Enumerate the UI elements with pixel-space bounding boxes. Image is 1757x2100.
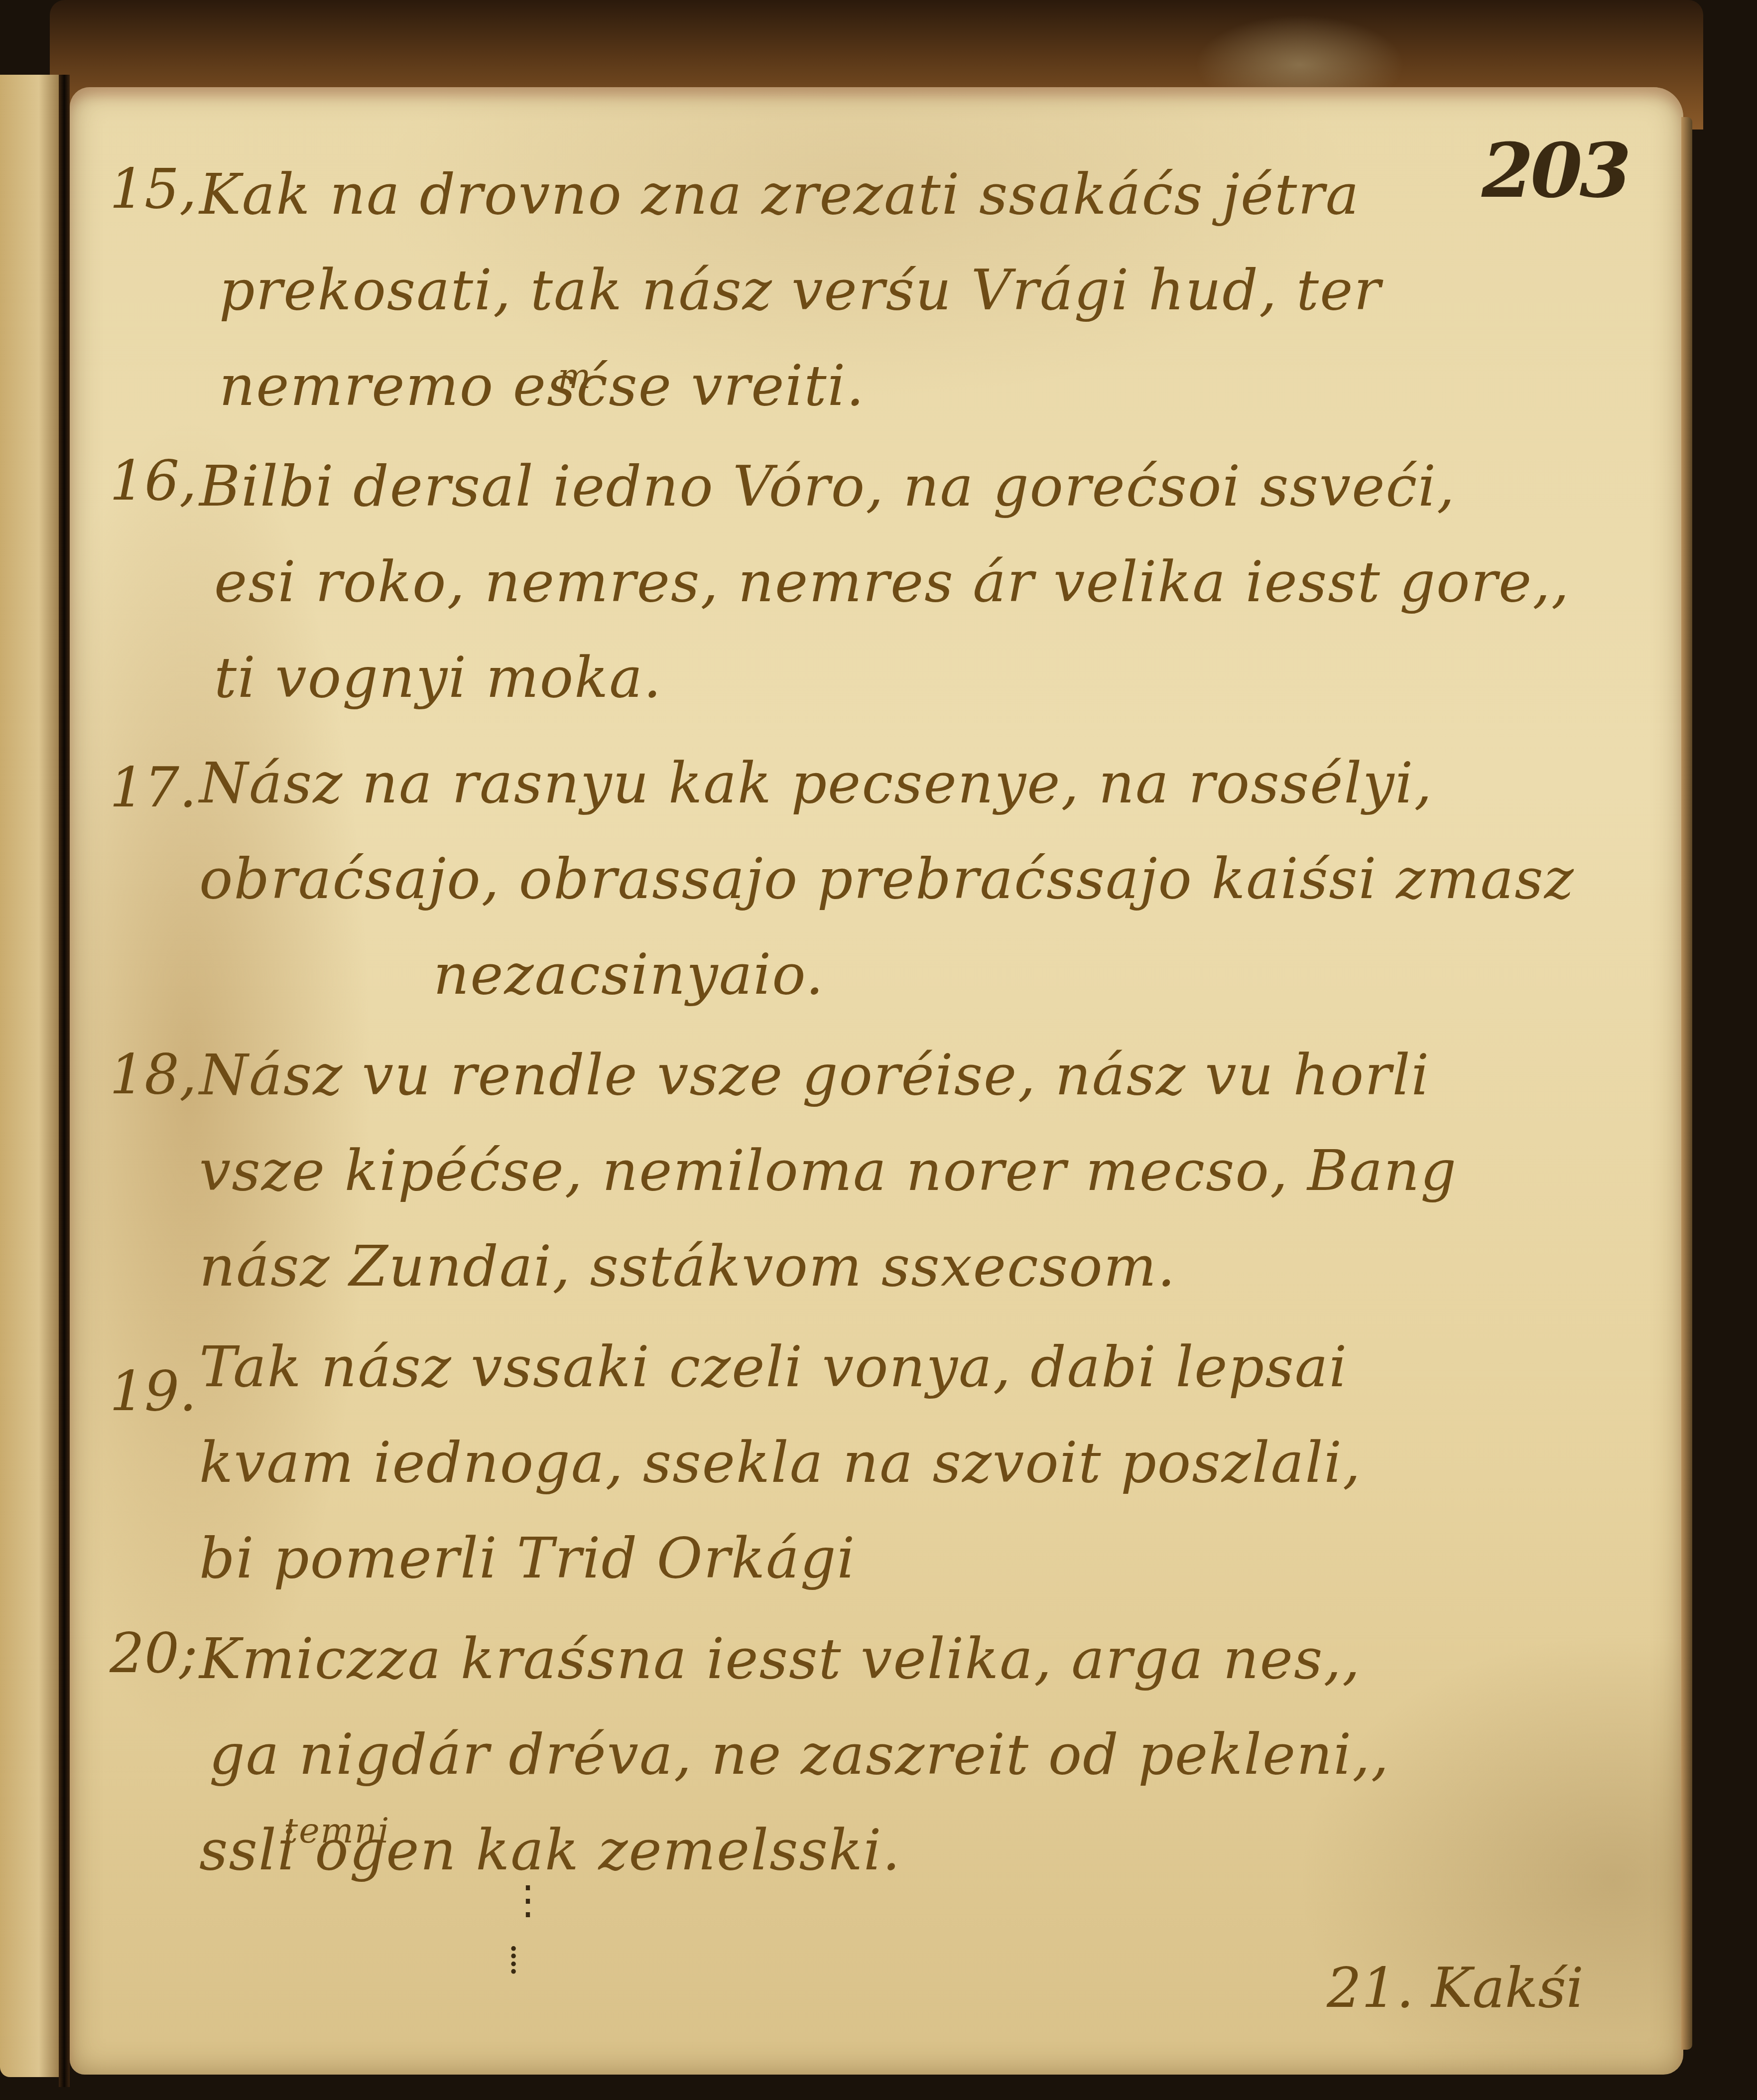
verse-line: obraćsajo, obrassajo prebraćssajo kaiśsi… [199, 831, 1643, 927]
verse-line: temni ssli ogen kak zemelsski. [199, 1803, 1643, 1898]
verse-line: Tak nász vssaki czeli vonya, dabi lepsai [199, 1319, 1643, 1415]
facing-page-edge [0, 75, 65, 2077]
verse-number: 20; [110, 1621, 198, 1685]
verse-line: ga nigdár dréva, ne zaszreit od pekleni,… [199, 1707, 1643, 1803]
verse-line: bi pomerli Trid Orkági [199, 1511, 1643, 1606]
verse-line: Kmiczza kraśsna iesst velika, arga nes,, [199, 1611, 1643, 1707]
verse-19: 19. Tak nász vssaki czeli vonya, dabi le… [199, 1319, 1643, 1606]
verse-line: nemremo esćse vreiti. m [199, 338, 1643, 434]
verse-line: nász Zundai, sstákvom ssxecsom. [199, 1219, 1643, 1314]
verse-number: 17. [110, 756, 197, 819]
verse-20: 20; Kmiczza kraśsna iesst velika, arga n… [199, 1611, 1643, 1898]
verse-16: 16, Bilbi dersal iedno Vóro, na gorećsoi… [199, 439, 1643, 726]
verse-line-text: nemremo esćse vreiti. [219, 354, 865, 418]
verse-line: Nász na rasnyu kak pecsenye, na rossélyi… [199, 736, 1643, 831]
verse-line: Nász vu rendle vsze goréise, nász vu hor… [199, 1028, 1643, 1123]
manuscript-page: 203 15, Kak na drovno zna zrezati ssakáć… [70, 87, 1683, 2075]
verse-line: ti vognyi moka. [199, 630, 1643, 726]
verse-number: 19. [110, 1359, 197, 1423]
margin-marks: ⋮ ⁞ [508, 1870, 518, 2000]
book-gutter [59, 75, 70, 2087]
verse-line: Bilbi dersal iedno Vóro, na gorećsoi ssv… [199, 439, 1643, 534]
verse-line: nezacsinyaio. [199, 927, 1643, 1023]
verse-line: Kak na drovno zna zrezati ssakáćs jétra [199, 147, 1643, 243]
verse-15: 15, Kak na drovno zna zrezati ssakáćs jé… [199, 147, 1643, 434]
verse-number: 16, [110, 449, 197, 513]
interlinear-insertion: temni [284, 1783, 390, 1878]
superscript-insertion: m [558, 328, 592, 424]
verse-line: kvam iednoga, ssekla na szvoit poszlali, [199, 1415, 1643, 1511]
verse-line: vsze kipéćse, nemiloma norer mecso, Bang [199, 1123, 1643, 1219]
verse-line: esi roko, nemres, nemres ár velika iesst… [199, 534, 1643, 630]
verse-number: 15, [110, 157, 197, 221]
margin-mark: ⋮ [508, 1870, 518, 1930]
catchword: 21. Kakśi [1327, 1956, 1584, 2020]
verse-18: 18, Nász vu rendle vsze goréise, nász vu… [199, 1028, 1643, 1314]
margin-mark: ⁞ [508, 1930, 518, 1990]
verse-line: prekosati, tak nász verśu Vrági hud, ter [199, 243, 1643, 338]
verse-17: 17. Nász na rasnyu kak pecsenye, na ross… [199, 736, 1643, 1023]
verse-number: 18, [110, 1043, 197, 1106]
page-edge [1681, 117, 1692, 2050]
verse-block: 15, Kak na drovno zna zrezati ssakáćs jé… [199, 147, 1643, 1898]
